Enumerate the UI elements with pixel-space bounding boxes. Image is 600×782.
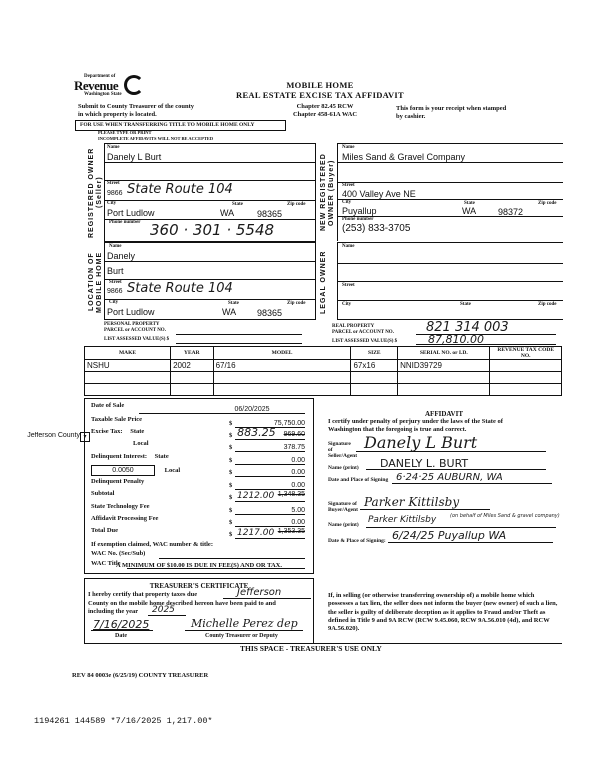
- legal-name-label: Name: [342, 244, 355, 249]
- cell-size[interactable]: [351, 372, 398, 384]
- location-street-label: Street: [109, 280, 122, 285]
- submit-note: Submit to County Treasurer of the county…: [78, 103, 200, 119]
- location-state-label: State: [228, 301, 239, 306]
- excise-state-field[interactable]: 883.25 969.60: [235, 426, 305, 440]
- delinquent-interest-state-field[interactable]: 0.00: [235, 457, 305, 465]
- buyer-name-note: (on behalf of Miles Sand & gravel compan…: [450, 513, 560, 519]
- location-section-label: LOCATION OF MOBILE HOME: [88, 244, 104, 320]
- seller-date-place-label: Date and Place of Signing: [328, 477, 388, 483]
- personal-property-label2: PARCEL or ACCOUNT NO.: [104, 328, 166, 333]
- form-revision-label: REV 84 0003e (6/25/19) COUNTY TREASURER: [72, 672, 208, 679]
- total-due-struck: 1,353.35: [278, 528, 305, 535]
- seller-name-print-field[interactable]: DANELY L. BURT: [366, 457, 546, 470]
- location-name-field[interactable]: Danely: [107, 251, 135, 261]
- seller-state-field[interactable]: WA: [220, 208, 234, 218]
- treasurer-signer-label: County Treasurer or Deputy: [205, 633, 278, 639]
- wac-no-field[interactable]: [159, 550, 305, 559]
- affidavit-title: AFFIDAVIT: [328, 410, 560, 418]
- location-name-label: Name: [109, 244, 122, 249]
- buyer-name-print-label: Name (print): [328, 522, 359, 528]
- date-of-sale-row: Date of Sale 06/20/2025: [91, 402, 305, 414]
- date-of-sale-field[interactable]: 06/20/2025: [139, 406, 305, 414]
- state-tech-fee-row: State Technology Fee $ 5.00: [91, 503, 305, 515]
- cell-serial[interactable]: [398, 372, 490, 384]
- col-make: MAKE: [85, 347, 171, 360]
- excise-state-label: State: [130, 428, 144, 435]
- taxable-price-label: Taxable Sale Price: [91, 416, 142, 423]
- seller-date-place-field[interactable]: 6·24·25 AUBURN, WA: [392, 471, 552, 484]
- affidavit-fee-label: Affidavit Processing Fee: [91, 515, 158, 522]
- buyer-phone-field[interactable]: (253) 833-3705: [342, 223, 410, 234]
- dor-logo: Department of Revenue Washington State: [74, 74, 144, 102]
- col-revenue-tax-code: REVENUE TAX CODE NO.: [490, 347, 562, 360]
- delinquent-interest-label: Delinquent Interest:: [91, 453, 147, 460]
- buyer-date-place-field[interactable]: 6/24/25 Puyallup WA: [388, 529, 553, 543]
- chapter-refs: Chapter 82.45 RCW Chapter 458-61A WAC: [260, 103, 390, 119]
- cell-model[interactable]: [213, 384, 351, 396]
- cell-model[interactable]: 67/16: [213, 360, 351, 372]
- treasurer-line1: I hereby certify that property taxes due…: [88, 591, 310, 600]
- cell-tax-code[interactable]: [490, 360, 562, 372]
- seller-state-label: State: [232, 202, 243, 207]
- affidavit-fee-row: Affidavit Processing Fee $ 0.00: [91, 515, 305, 527]
- excise-tax-label: Excise Tax:: [91, 428, 123, 435]
- treasurer-certificate: TREASURER'S CERTIFICATE I hereby certify…: [84, 578, 314, 644]
- treasurer-line3-text: including the year: [88, 608, 138, 615]
- seller-city-label: City: [107, 201, 116, 206]
- treasurer-county-field[interactable]: Jefferson: [223, 588, 311, 599]
- delinquent-penalty-label: Delinquent Penalty: [91, 478, 144, 485]
- county-select-value: Jefferson County: [27, 432, 80, 439]
- treasurer-signature-field[interactable]: Michelle Perez dep: [185, 616, 303, 631]
- cell-model[interactable]: [213, 372, 351, 384]
- tax-lien-warning: If, in selling (or otherwise transferrin…: [328, 592, 560, 633]
- legal-owner-section-label: LEGAL OWNER: [320, 244, 338, 320]
- affidavit-fee-field[interactable]: 0.00: [235, 519, 305, 527]
- treasurer-date-label: Date: [115, 633, 127, 639]
- affidavit-section: AFFIDAVIT I certify under penalty of per…: [328, 405, 560, 565]
- state-tech-fee-label: State Technology Fee: [91, 503, 150, 510]
- legal-street-label: Street: [342, 283, 355, 288]
- seller-signature-field[interactable]: Danely L Burt: [356, 435, 546, 452]
- dor-swirl-icon: [124, 75, 144, 95]
- seller-street-name[interactable]: State Route 104: [127, 182, 233, 197]
- location-state-field[interactable]: WA: [222, 307, 236, 317]
- personal-parcel-field[interactable]: [176, 327, 302, 335]
- delinquent-penalty-row: Delinquent Penalty $ 0.00: [91, 478, 305, 490]
- exemption-label: If exemption claimed, WAC number & title…: [91, 541, 213, 548]
- buyer-state-field[interactable]: WA: [462, 206, 476, 216]
- affidavit-statement: I certify under penalty of perjury under…: [328, 418, 523, 434]
- cell-make[interactable]: [85, 372, 171, 384]
- cell-size[interactable]: 67x16: [351, 360, 398, 372]
- cell-tax-code[interactable]: [490, 384, 562, 396]
- title-line-2: REAL ESTATE EXCISE TAX AFFIDAVIT: [200, 90, 440, 100]
- legal-city-label: City: [342, 302, 351, 307]
- buyer-name-field[interactable]: Miles Sand & Gravel Company: [342, 152, 465, 162]
- personal-assessed-label: LIST ASSESSED VALUE(S) $: [104, 337, 169, 342]
- location-zip-field[interactable]: 98365: [257, 308, 282, 318]
- personal-assessed-field[interactable]: [176, 336, 302, 344]
- subtotal-label: Subtotal: [91, 490, 114, 497]
- personal-property-label1: PERSONAL PROPERTY: [104, 322, 160, 327]
- cashier-receipt-stamp: 1194261 144589 *7/16/2025 1,217.00*: [34, 716, 213, 726]
- seller-section-label: REGISTERED OWNER (Seller): [88, 145, 104, 240]
- buyer-city-field[interactable]: Puyallup: [342, 206, 377, 216]
- seller-name-print-label: Name (print): [328, 465, 359, 471]
- cell-year[interactable]: 2002: [171, 360, 214, 372]
- seller-phone-label: Phone number: [109, 220, 141, 225]
- total-due-row: Total Due $ 1217.00 1,353.35: [91, 527, 305, 539]
- seller-city-field[interactable]: Port Ludlow: [107, 208, 155, 218]
- cell-make[interactable]: [85, 384, 171, 396]
- cell-make[interactable]: NSHU: [85, 360, 171, 372]
- col-model: MODEL: [213, 347, 351, 360]
- buyer-signature-label: Signature of Buyer/Agent: [328, 501, 358, 513]
- location-street-number[interactable]: 9866: [107, 288, 123, 295]
- real-assessed-field[interactable]: 87,810.00: [416, 335, 556, 345]
- location-block: Name Danely Burt Street 9866 State Route…: [104, 242, 316, 320]
- wac-no-row: WAC No. (Sec/Sub): [91, 550, 305, 559]
- location-street-name[interactable]: State Route 104: [127, 281, 233, 296]
- excise-state-handwritten: 883.25: [237, 426, 276, 439]
- seller-zip-field[interactable]: 98365: [257, 209, 282, 219]
- buyer-signature-field[interactable]: Parker Kittilsby: [360, 495, 490, 510]
- subtotal-struck: 1,348.35: [278, 491, 305, 498]
- please-type-note: PLEASE TYPE OR PRINT: [98, 130, 152, 135]
- legal-zip-label: Zip code: [538, 302, 556, 307]
- excise-state-struck: 969.60: [284, 431, 305, 438]
- receipt-note: This form is your receipt when stamped b…: [396, 105, 511, 121]
- table-header-row: MAKE YEAR MODEL SIZE SERIAL NO. or I.D. …: [85, 347, 562, 360]
- total-due-handwritten: 1217.00: [237, 528, 274, 538]
- location-zip-label: Zip code: [287, 301, 305, 306]
- excise-local-label: Local: [133, 440, 149, 447]
- minimum-due-note: A MINIMUM OF $10.00 IS DUE IN FEE(S) AND…: [84, 562, 314, 569]
- buyer-section-label: NEW REGISTERED OWNER (Buyer): [320, 145, 338, 240]
- subtotal-handwritten: 1212.00: [237, 491, 274, 501]
- location-city-field[interactable]: Port Ludlow: [107, 307, 155, 317]
- seller-street-label: Street: [107, 181, 120, 186]
- excise-local-row: Local $ 378.75: [91, 440, 305, 452]
- delinquent-interest-state-label: State: [155, 453, 169, 460]
- real-property-label2: PARCEL or ACCOUNT NO.: [332, 330, 394, 335]
- real-property-section: REAL PROPERTY PARCEL or ACCOUNT NO. 821 …: [332, 322, 562, 346]
- location-name2-field[interactable]: Burt: [107, 266, 124, 276]
- table-row: [85, 372, 562, 384]
- seller-phone-field[interactable]: 360 · 301 · 5548: [150, 221, 274, 239]
- buyer-street-label: Street: [342, 183, 355, 188]
- seller-block: Name Danely L Burt Street 9866 State Rou…: [104, 143, 316, 242]
- form-title: MOBILE HOME REAL ESTATE EXCISE TAX AFFID…: [200, 80, 440, 100]
- buyer-phone-label: Phone number: [342, 217, 374, 222]
- treasurer-use-only-label: THIS SPACE - TREASURER'S USE ONLY: [240, 644, 382, 653]
- cell-year[interactable]: [171, 384, 214, 396]
- subtotal-field[interactable]: 1212.00 1,348.35: [235, 491, 305, 502]
- total-due-field[interactable]: 1217.00 1,353.35: [235, 528, 305, 539]
- buyer-name-print-field[interactable]: Parker Kittilsby (on behalf of Miles San…: [366, 513, 556, 528]
- real-property-label1: REAL PROPERTY: [332, 324, 374, 329]
- seller-signature-label: Signature of Seller/Agent: [328, 441, 354, 459]
- real-assessed-label: LIST ASSESSED VALUE(S) $: [332, 339, 397, 344]
- state-tech-fee-field[interactable]: 5.00: [235, 507, 305, 515]
- legal-owner-block: Name Street City State Zip code: [337, 242, 563, 320]
- cell-serial[interactable]: NNID39729: [398, 360, 490, 372]
- col-size: SIZE: [351, 347, 398, 360]
- tax-calculation-box: Date of Sale 06/20/2025 Taxable Sale Pri…: [84, 398, 314, 574]
- total-due-label: Total Due: [91, 527, 118, 534]
- buyer-city-label: City: [342, 200, 351, 205]
- delinquent-interest-local-label: Local: [165, 467, 181, 474]
- cell-size[interactable]: [351, 384, 398, 396]
- delinquent-penalty-field[interactable]: 0.00: [235, 482, 305, 490]
- buyer-street-field[interactable]: 400 Valley Ave NE: [342, 189, 416, 199]
- col-year: YEAR: [171, 347, 214, 360]
- seller-zip-label: Zip code: [287, 202, 305, 207]
- delinquent-interest-local-row: 0.0050 Local $ 0.00: [91, 465, 305, 477]
- cell-serial[interactable]: [398, 384, 490, 396]
- location-city-label: City: [109, 300, 118, 305]
- cell-year[interactable]: [171, 372, 214, 384]
- title-line-1: MOBILE HOME: [200, 80, 440, 90]
- seller-street-number[interactable]: 9866: [107, 190, 123, 197]
- treasurer-date-field[interactable]: 7/16/2025: [91, 618, 153, 631]
- buyer-zip-label: Zip code: [538, 201, 556, 206]
- legal-state-label: State: [460, 302, 471, 307]
- mobile-home-table: MAKE YEAR MODEL SIZE SERIAL NO. or I.D. …: [84, 346, 562, 396]
- personal-property-section: PERSONAL PROPERTY PARCEL or ACCOUNT NO. …: [104, 322, 314, 344]
- subtotal-row: Subtotal $ 1212.00 1,348.35: [91, 490, 305, 502]
- delinquent-interest-state-row: Delinquent Interest: State $ 0.00: [91, 453, 305, 465]
- seller-name-field[interactable]: Danely L Burt: [107, 152, 161, 162]
- excise-local-field[interactable]: 378.75: [235, 444, 305, 452]
- chapter-rcw: Chapter 82.45 RCW: [260, 103, 390, 111]
- buyer-name-print-value: Parker Kittilsby: [368, 515, 436, 525]
- washington-state-label: Washington State: [84, 92, 122, 97]
- delinquent-interest-local-field[interactable]: 0.00: [235, 469, 305, 477]
- col-serial: SERIAL NO. or I.D.: [398, 347, 490, 360]
- seller-name-label: Name: [107, 145, 120, 150]
- interest-rate-box[interactable]: 0.0050: [91, 465, 155, 476]
- treasurer-line1-text: I hereby certify that property taxes due: [88, 591, 197, 598]
- table-row: [85, 384, 562, 396]
- cell-tax-code[interactable]: [490, 372, 562, 384]
- wac-no-label: WAC No. (Sec/Sub): [91, 550, 145, 557]
- county-select[interactable]: Jefferson County ▾: [0, 432, 90, 442]
- treasurer-year-field[interactable]: 2025: [148, 605, 186, 616]
- excise-state-row: Excise Tax: State $ 883.25 969.60: [91, 428, 305, 440]
- date-of-sale-label: Date of Sale: [91, 402, 124, 409]
- table-row: NSHU 2002 67/16 67x16 NNID39729: [85, 360, 562, 372]
- chapter-wac: Chapter 458-61A WAC: [260, 111, 390, 119]
- buyer-block: Name Miles Sand & Gravel Company Street …: [337, 143, 563, 241]
- buyer-name-label: Name: [342, 145, 355, 150]
- buyer-date-place-label: Date & Place of Signing:: [328, 538, 386, 544]
- incomplete-note: INCOMPLETE AFFIDAVITS WILL NOT BE ACCEPT…: [98, 136, 213, 141]
